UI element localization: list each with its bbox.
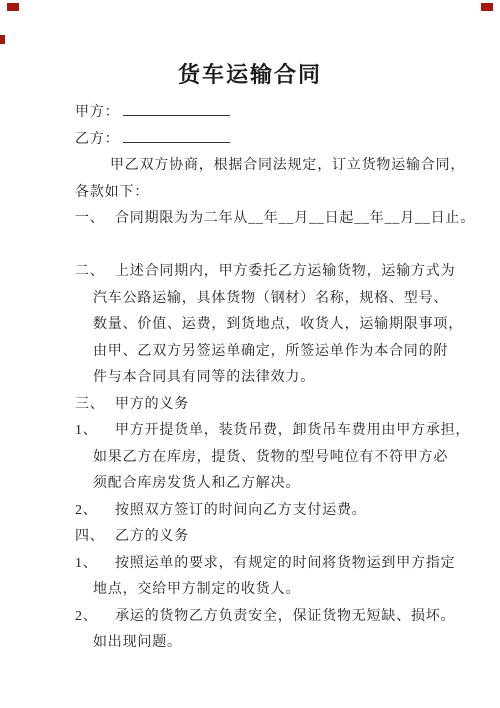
clause-first-line: 二、上述合同期内，甲方委托乙方运输货物，运输方式为 xyxy=(75,259,440,286)
clause-first-line: 1、按照运单的要求，有规定的时间将货物运到甲方指定 xyxy=(75,551,440,578)
clause-text: 上述合同期内，甲方委托乙方运输货物，运输方式为 xyxy=(115,264,455,279)
clause-text-line: 汽车公路运输，具体货物（钢材）名称，规格、型号、 xyxy=(75,286,440,313)
clause-number: 四、 xyxy=(75,524,115,551)
clauses-list: 一、合同期限为为二年从__年__月__日起__年__月__日止。二、上述合同期内… xyxy=(75,206,440,657)
clause-first-line: 三、甲方的义务 xyxy=(75,392,440,419)
contract-clause: 四、乙方的义务 xyxy=(75,524,440,551)
contract-clause: 三、甲方的义务 xyxy=(75,392,440,419)
clause-number: 一、 xyxy=(75,206,115,233)
clause-number: 2、 xyxy=(75,498,115,525)
contract-clause: 2、承运的货物乙方负责安全，保证货物无短缺、损坏。如出现问题。 xyxy=(75,604,440,657)
party-b-row: 乙方： xyxy=(75,127,440,154)
party-a-row: 甲方： xyxy=(75,100,440,127)
clause-text-line: 如果乙方在库房，提货、货物的型号吨位有不符甲方必 xyxy=(75,445,440,472)
clause-number: 1、 xyxy=(75,418,115,445)
clause-text: 甲方的义务 xyxy=(115,397,189,412)
clause-text-line: 如出现问题。 xyxy=(75,630,440,657)
contract-document-page: 货车运输合同 甲方： 乙方： 甲乙双方协商，根据合同法规定，订立货物运输合同， … xyxy=(0,0,500,708)
red-scan-mark-middle-left xyxy=(0,35,5,44)
clause-text-line: 地点，交给甲方制定的收货人。 xyxy=(75,577,440,604)
document-body: 甲方： 乙方： 甲乙双方协商，根据合同法规定，订立货物运输合同， 各款如下： 一… xyxy=(0,100,500,657)
clause-text: 按照运单的要求，有规定的时间将货物运到甲方指定 xyxy=(115,556,455,571)
clause-number: 二、 xyxy=(75,259,115,286)
clause-first-line: 2、按照双方签订的时间向乙方支付运费。 xyxy=(75,498,440,525)
clause-text-line: 须配合库房发货人和乙方解决。 xyxy=(75,471,440,498)
clause-text: 甲方开提货单，装货吊费，卸货吊车费用由甲方承担， xyxy=(115,423,470,438)
clause-first-line: 1、甲方开提货单，装货吊费，卸货吊车费用由甲方承担， xyxy=(75,418,440,445)
contract-clause: 1、按照运单的要求，有规定的时间将货物运到甲方指定地点，交给甲方制定的收货人。 xyxy=(75,551,440,604)
clause-text: 乙方的义务 xyxy=(115,529,189,544)
clause-text: 承运的货物乙方负责安全，保证货物无短缺、损坏。 xyxy=(115,609,455,624)
clause-number: 1、 xyxy=(75,551,115,578)
party-a-blank-field xyxy=(123,101,230,116)
clause-text-line: 件与本合同具有同等的法律效力。 xyxy=(75,365,440,392)
contract-clause: 2、按照双方签订的时间向乙方支付运费。 xyxy=(75,498,440,525)
red-scan-mark-top-left xyxy=(7,3,19,11)
party-b-blank-field xyxy=(123,128,230,143)
document-title: 货车运输合同 xyxy=(0,0,500,93)
contract-clause: 二、上述合同期内，甲方委托乙方运输货物，运输方式为汽车公路运输，具体货物（钢材）… xyxy=(75,259,440,392)
party-a-label: 甲方： xyxy=(75,105,119,120)
clause-text: 按照双方签订的时间向乙方支付运费。 xyxy=(115,503,367,518)
clause-first-line: 四、乙方的义务 xyxy=(75,524,440,551)
clause-first-line: 2、承运的货物乙方负责安全，保证货物无短缺、损坏。 xyxy=(75,604,440,631)
clause-first-line: 一、合同期限为为二年从__年__月__日起__年__月__日止。 xyxy=(75,206,440,233)
contract-clause: 1、甲方开提货单，装货吊费，卸货吊车费用由甲方承担，如果乙方在库房，提货、货物的… xyxy=(75,418,440,498)
red-scan-mark-top-right xyxy=(481,3,493,11)
intro-line-2: 各款如下： xyxy=(75,180,440,207)
clause-text-line: 由甲、乙双方另签运单确定，所签运单作为本合同的附 xyxy=(75,339,440,366)
contract-clause: 一、合同期限为为二年从__年__月__日起__年__月__日止。 xyxy=(75,206,440,233)
clause-number: 三、 xyxy=(75,392,115,419)
clause-text-line: 数量、价值、运费，到货地点，收货人，运输期限事项， xyxy=(75,312,440,339)
clause-number: 2、 xyxy=(75,604,115,631)
clause-text: 合同期限为为二年从__年__月__日起__年__月__日止。 xyxy=(115,211,475,226)
party-b-label: 乙方： xyxy=(75,132,119,147)
intro-line-1: 甲乙双方协商，根据合同法规定，订立货物运输合同， xyxy=(75,153,440,180)
